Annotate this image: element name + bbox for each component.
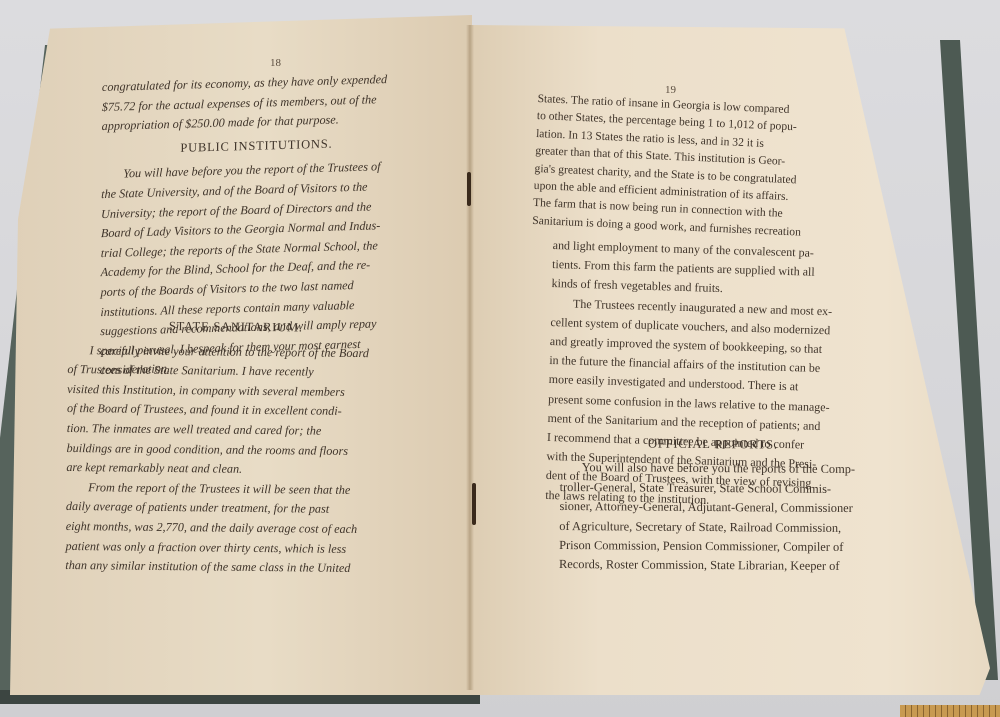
text-line: troller-General, State Treasurer, State … — [560, 478, 866, 500]
text-line: You will also have before you the report… — [560, 458, 866, 480]
right-page-text-top: States. The ratio of insane in Georgia i… — [532, 90, 798, 240]
staple-top-icon — [467, 172, 471, 206]
section-heading-public-institutions: PUBLIC INSTITUTIONS. — [101, 132, 411, 160]
text-line: Prison Commission, Pension Commissioner,… — [559, 536, 865, 558]
book-gutter — [466, 25, 474, 690]
page-number-right: 19 — [665, 84, 676, 96]
section-heading-official-reports: OFFICIAL REPORTS. — [560, 434, 866, 456]
right-page-text-bottom: OFFICIAL REPORTS. You will also have bef… — [559, 430, 866, 577]
text-line: sioner, Attorney-General, Adjutant-Gener… — [559, 497, 865, 519]
section-heading-state-sanitarium: STATE SANITARIUM. — [68, 316, 404, 339]
left-page-text-bottom: STATE SANITARIUM. I specially invite you… — [65, 312, 404, 579]
text-line: of Agriculture, Secretary of State, Rail… — [559, 517, 865, 539]
text-line: Records, Roster Commission, State Librar… — [559, 555, 865, 577]
ruler-edge — [900, 705, 1000, 717]
page-number-left: 18 — [270, 57, 281, 69]
staple-bottom-icon — [472, 483, 476, 525]
text-line: than any similar institution of the same… — [65, 556, 401, 579]
